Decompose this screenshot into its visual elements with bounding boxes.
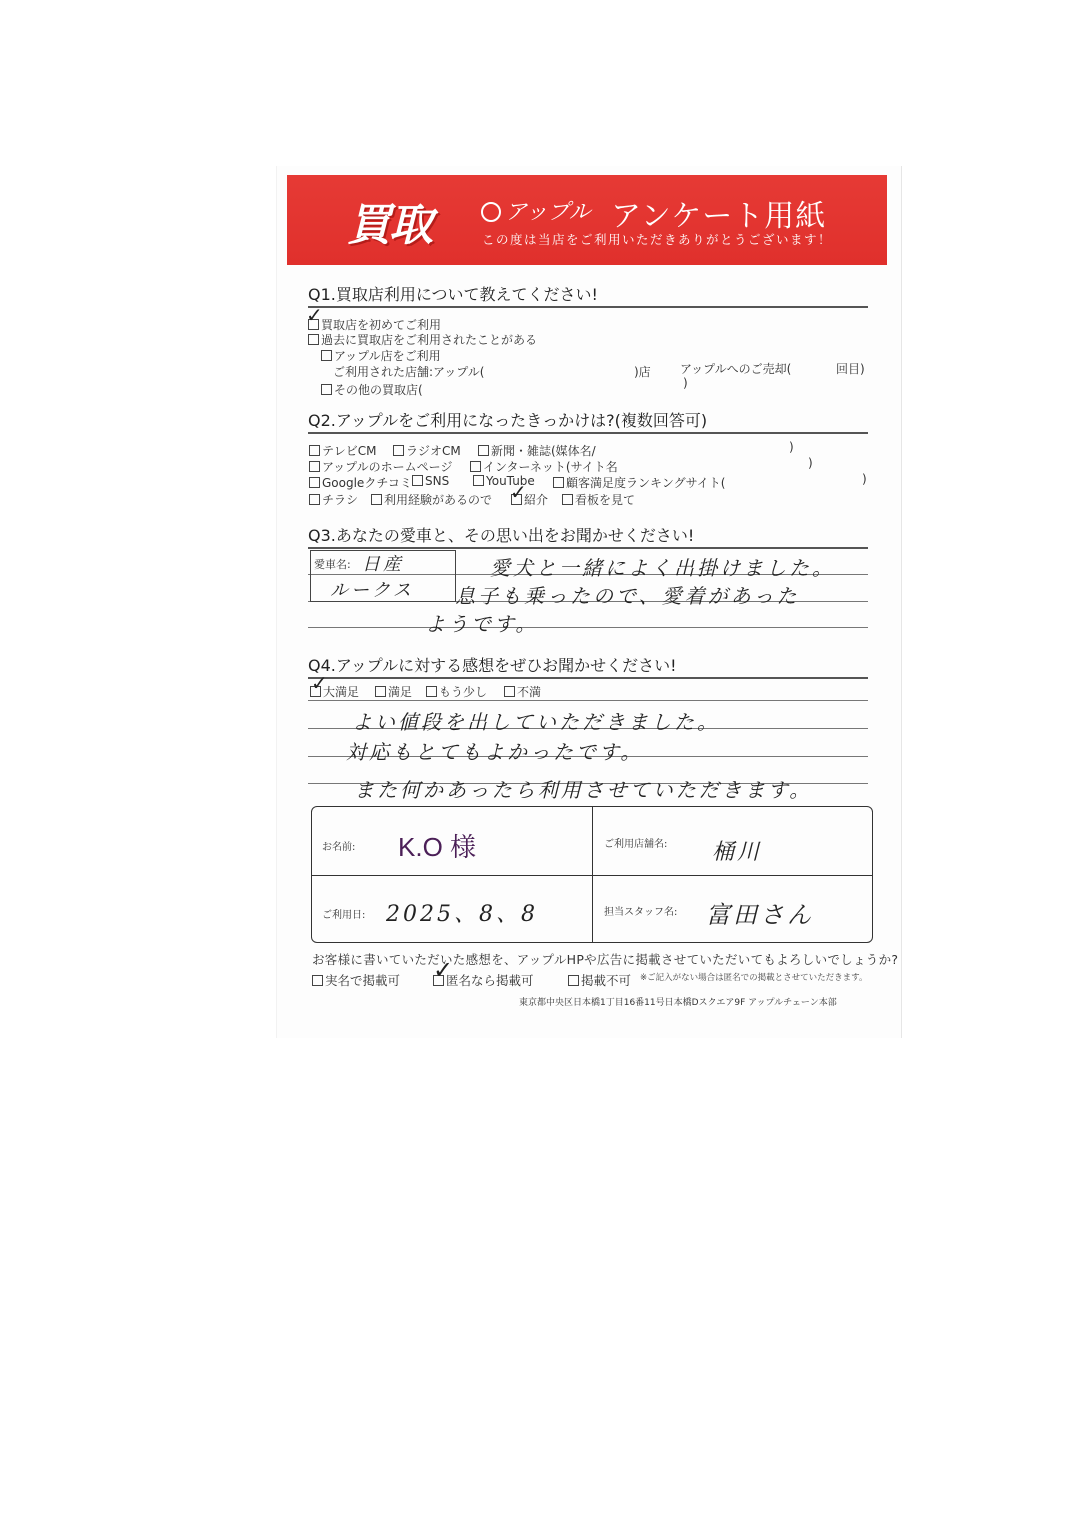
q1-option-apple-store[interactable]: アップル店をご利用 (321, 347, 441, 364)
consent-real-name[interactable]: 実名で掲載可 (312, 971, 400, 989)
q2-option-ranking[interactable]: 顧客満足度ランキングサイト( (553, 474, 725, 491)
checkbox[interactable] (309, 461, 320, 472)
write-line (308, 627, 868, 628)
q2-close-paren: ) (862, 472, 867, 486)
staff-name[interactable]: 富田さん (706, 895, 814, 930)
q4-rating-satisfied[interactable]: 満足 (375, 683, 412, 700)
q4-rating-so-so[interactable]: もう少し (426, 683, 487, 700)
checkbox[interactable] (426, 686, 437, 697)
q1-other-close: ) (683, 376, 688, 390)
store-label: ご利用店舗名: (604, 835, 667, 850)
car-name-line1[interactable]: 日産 (362, 550, 404, 576)
consent-not-allowed[interactable]: 掲載不可 (568, 971, 631, 989)
q2-option-google[interactable]: Googleクチコミ (309, 474, 412, 491)
memory-line-3[interactable]: ようです。 (425, 608, 538, 637)
car-name-label: 愛車名: (314, 556, 351, 572)
q1-sale-count-suffix: 回目) (836, 360, 865, 377)
memory-line-1[interactable]: 愛犬と一緒によく出掛けました。 (490, 552, 835, 581)
divider (312, 875, 872, 876)
memory-line-2[interactable]: 息子も乗ったので、愛着があった (455, 580, 799, 609)
checkbox[interactable] (309, 477, 320, 488)
q2-close-paren: ) (789, 440, 794, 454)
checkmark-icon: ✓ (311, 673, 328, 693)
q2-option-radio[interactable]: ラジオCM (393, 442, 461, 459)
checkbox[interactable] (504, 686, 515, 697)
checkbox[interactable] (412, 475, 423, 486)
header-banner: 買取 アップル アンケート用紙 この度は当店をご利用いただきありがとうございます… (287, 175, 887, 265)
car-name-line2[interactable]: ルークス (330, 576, 414, 602)
checkbox[interactable] (309, 494, 320, 505)
q2-option-homepage[interactable]: アップルのホームページ (309, 458, 452, 475)
write-line (308, 700, 868, 701)
q2-option-signboard[interactable]: 看板を見て (562, 491, 635, 508)
brand-name: アップル (505, 195, 591, 226)
checkbox[interactable] (312, 975, 323, 986)
name-label: お名前: (322, 838, 355, 853)
form-subtitle: この度は当店をご利用いただきありがとうございます！ (482, 230, 832, 248)
checkbox[interactable] (308, 334, 319, 345)
comment-line-1[interactable]: よい値段を出していただきました。 (352, 706, 720, 735)
consent-note: ※ご記入がない場合は匿名での掲載とさせていただきます。 (640, 971, 867, 983)
visit-date[interactable]: 2025、8、8 (386, 897, 538, 928)
q1-option-other-store[interactable]: その他の買取店( (321, 381, 423, 398)
checkbox[interactable] (375, 686, 386, 697)
checkbox[interactable] (371, 494, 382, 505)
apple-logo-icon (481, 202, 501, 222)
q3-heading: Q3.あなたの愛車と、その思い出をお聞かせください! (308, 523, 868, 549)
comment-line-2[interactable]: 対応もとてもよかったです。 (346, 736, 643, 765)
checkbox[interactable] (568, 975, 579, 986)
checkbox[interactable] (470, 461, 481, 472)
checkmark-icon: ✓ (433, 958, 453, 982)
customer-name[interactable]: K.O 様 (398, 827, 476, 864)
q2-option-newspaper[interactable]: 新聞・雑誌(媒体名/ (478, 442, 596, 459)
q2-heading: Q2.アップルをご利用になったきっかけは?(複数回答可) (308, 408, 868, 434)
q2-option-experience[interactable]: 利用経験があるので (371, 491, 492, 508)
kaitori-logo: 買取 (347, 189, 431, 253)
form-title: アンケート用紙 (611, 191, 826, 235)
q2-option-sns[interactable]: SNS (412, 474, 449, 488)
consent-question: お客様に書いていただいた感想を、アップルHPや広告に掲載させていただいてもよろし… (312, 950, 898, 968)
checkbox[interactable] (309, 445, 320, 456)
checkbox[interactable] (562, 494, 573, 505)
date-label: ご利用日: (322, 906, 365, 921)
checkbox[interactable] (553, 477, 564, 488)
q2-option-internet[interactable]: インターネット(サイト名 (470, 458, 618, 475)
q1-heading: Q1.買取店利用について教えてください! (308, 282, 868, 308)
checkbox[interactable] (321, 350, 332, 361)
checkbox[interactable] (321, 384, 332, 395)
q4-heading: Q4.アップルに対する感想をぜひお聞かせください! (308, 653, 868, 679)
store-name[interactable]: 桶川 (712, 835, 762, 866)
checkmark-icon: ✓ (510, 482, 527, 502)
q1-sale-count-label: アップルへのご売却( (680, 360, 791, 377)
company-address: 東京都中央区日本橋1丁目16番11号日本橋Dスクエア9F アップルチェーン本部 (519, 995, 837, 1008)
checkbox[interactable] (478, 445, 489, 456)
comment-line-3[interactable]: また何かあったら利用させていただきます。 (354, 774, 812, 803)
q1-store-suffix: )店 (634, 363, 651, 380)
q2-option-tv[interactable]: テレビCM (309, 442, 377, 459)
q2-close-paren: ) (808, 456, 813, 470)
staff-label: 担当スタッフ名: (604, 903, 677, 918)
checkbox[interactable] (393, 445, 404, 456)
q1-store-line: ご利用された店舗:アップル( (333, 363, 484, 380)
checkmark-icon: ✓ (306, 305, 323, 325)
q2-option-flyer[interactable]: チラシ (309, 491, 358, 508)
q4-rating-dissatisfied[interactable]: 不満 (504, 683, 541, 700)
customer-info-table: お名前: K.O 様 ご利用店舗名: 桶川 ご利用日: 2025、8、8 担当ス… (311, 806, 873, 943)
checkbox[interactable] (473, 475, 484, 486)
q1-option-used-before[interactable]: 過去に買取店をご利用されたことがある (308, 331, 537, 348)
